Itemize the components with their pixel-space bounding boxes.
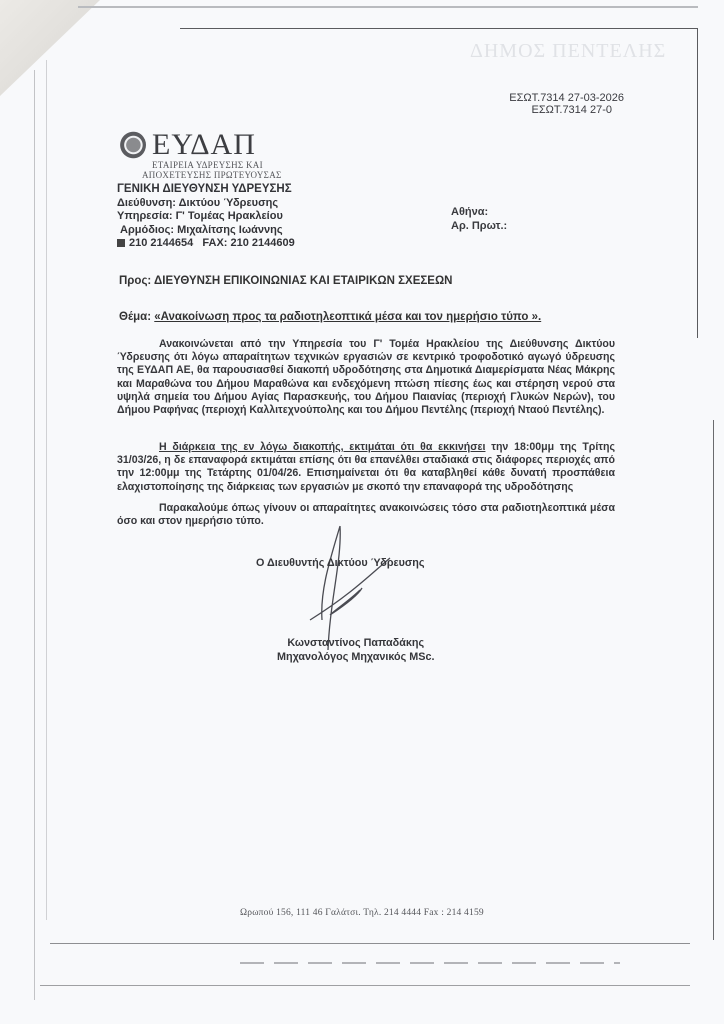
bleed-through-bottom-line: [50, 943, 690, 944]
fax-number: FAX: 210 2144609: [202, 237, 294, 249]
subject-line: Θέμα: «Ανακοίνωση προς τα ραδιοτηλεοπτικ…: [119, 311, 541, 323]
company-full-name: ΕΤΑΙΡΕΙΑ ΥΔΡΕΥΣΗΣ ΚΑΙ ΑΠΟΧΕΤΕΥΣΗΣ ΠΡΩΤΕΥ…: [152, 160, 282, 180]
directorate: Διεύθυνση: Δικτύου Ύδρευσης: [117, 197, 295, 211]
company-line-1: ΕΤΑΙΡΕΙΑ ΥΔΡΕΥΣΗΣ ΚΑΙ: [152, 160, 282, 170]
recipient: Προς: ΔΙΕΥΘΥΝΣΗ ΕΠΙΚΟΙΝΩΝΙΑΣ ΚΑΙ ΕΤΑΙΡΙΚ…: [119, 275, 452, 287]
footer-address: Ωρωπού 156, 111 46 Γαλάτσι. Τηλ. 214 444…: [240, 908, 484, 918]
margin-line: [46, 60, 47, 920]
handwritten-signature: [300, 520, 460, 650]
scan-edge-line: [78, 6, 698, 8]
bleed-through-frame-top: [180, 28, 697, 29]
scanned-document: ΔΗΜΟΣ ΠΕΝΤΕΛΗΣ ΕΣΩΤ.7314 27-03-2026 ΕΣΩΤ…: [0, 0, 724, 1024]
protocol-stamp-1: ΕΣΩΤ.7314 27-03-2026: [509, 92, 624, 104]
body-paragraph-2: Η διάρκεια της εν λόγω διακοπής, εκτιμάτ…: [117, 441, 615, 494]
signatory-position: Μηχανολόγος Μηχανικός MSc.: [277, 650, 434, 664]
contact-line: 210 2144654 FAX: 210 2144609: [117, 237, 295, 251]
logo-text: ΕΥΔΑΠ: [152, 128, 256, 162]
eydap-spiral-icon: [118, 131, 146, 159]
bleed-through-text: ΔΗΜΟΣ ΠΕΝΤΕΛΗΣ: [470, 40, 666, 63]
bleed-through-frame-right: [697, 28, 698, 338]
duration-emphasis: Η διάρκεια της εν λόγω διακοπής, εκτιμάτ…: [159, 441, 485, 453]
margin-line: [34, 70, 35, 1000]
eydap-logo: ΕΥΔΑΠ: [118, 128, 256, 162]
phone-icon: [117, 239, 125, 247]
company-line-2: ΑΠΟΧΕΤΕΥΣΗΣ ΠΡΩΤΕΥΟΥΣΑΣ: [142, 170, 282, 180]
phone-number: 210 2144654: [129, 237, 193, 249]
bleed-through-dashes: [240, 960, 620, 966]
signatory-block: Κωνσταντίνος Παπαδάκης Μηχανολόγος Μηχαν…: [277, 636, 434, 664]
division: ΓΕΝΙΚΗ ΔΙΕΥΘΥΝΣΗ ΥΔΡΕΥΣΗΣ: [117, 183, 295, 197]
signatory-title: Ο Διευθυντής Δικτύου Ύδρευσης: [256, 557, 425, 569]
sender-block: ΓΕΝΙΚΗ ΔΙΕΥΘΥΝΣΗ ΥΔΡΕΥΣΗΣ Διεύθυνση: Δικ…: [117, 183, 295, 251]
signatory-name: Κωνσταντίνος Παπαδάκης: [277, 636, 434, 650]
bleed-through-bottom-line: [40, 985, 690, 986]
service: Υπηρεσία: Γ' Τομέας Ηρακλείου: [117, 210, 295, 224]
protocol-number-label: Αρ. Πρωτ.:: [451, 219, 507, 233]
city-label: Αθήνα:: [451, 205, 507, 219]
bleed-through-frame-right-lower: [713, 420, 714, 940]
subject-text: «Ανακοίνωση προς τα ραδιοτηλεοπτικά μέσα…: [154, 311, 541, 323]
body-paragraph-1: Ανακοινώνεται από την Υπηρεσία του Γ' Το…: [117, 338, 615, 417]
place-date-block: Αθήνα: Αρ. Πρωτ.:: [451, 205, 507, 233]
responsible-person: Αρμόδιος: Μιχαλίτσης Ιωάννης: [120, 224, 295, 238]
subject-label: Θέμα:: [119, 311, 154, 323]
protocol-stamp-2: ΕΣΩΤ.7314 27-0: [532, 104, 612, 116]
